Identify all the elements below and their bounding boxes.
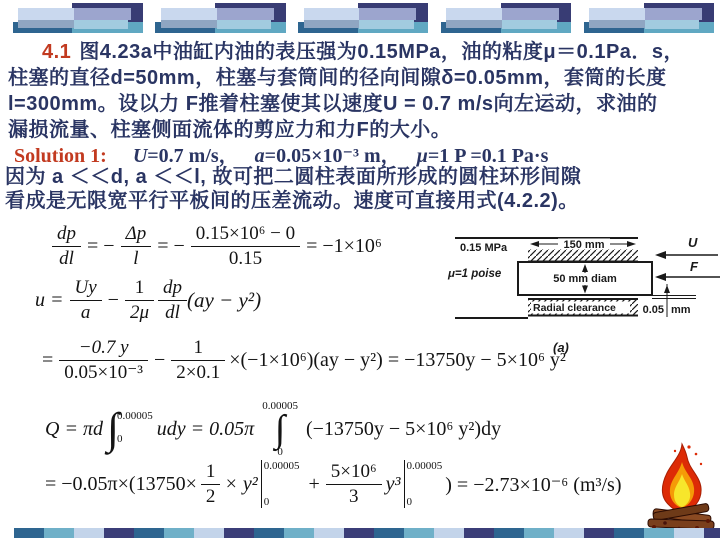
clearance-value: 0.05 bbox=[643, 304, 664, 316]
evaluation-bar: 0.000050 bbox=[404, 460, 443, 508]
math-token: dp bbox=[158, 276, 187, 301]
math-token: u = bbox=[35, 289, 64, 312]
math-token: 1 bbox=[125, 276, 154, 301]
math-token: l bbox=[121, 247, 152, 271]
clearance-label: Radial clearance bbox=[533, 302, 616, 314]
solution-value: =0.05×10⁻³ m， bbox=[265, 145, 401, 167]
fraction: dpdl bbox=[158, 276, 187, 325]
border-ornament bbox=[10, 3, 143, 33]
solution-label: Solution 1: bbox=[14, 145, 107, 167]
solution-line: Solution 1:U=0.7 m/s，a=0.05×10⁻³ m，μ=1 P… bbox=[14, 139, 548, 168]
problem-line: l=300mm。设以力 F推着柱塞使其以速度U = 0.7 m/s向左运动，求油… bbox=[8, 91, 716, 117]
math-token: 1 bbox=[171, 336, 225, 361]
solution-value: =1 P =0.1 Pa·s bbox=[428, 145, 549, 167]
limit-upper: 0.00005 bbox=[264, 460, 300, 472]
fraction: Uya bbox=[70, 276, 102, 325]
limit-lower: 0 bbox=[264, 496, 300, 508]
limit-upper: 0.00005 bbox=[407, 460, 443, 472]
bottom-border-decoration bbox=[14, 528, 720, 538]
math-token: 2×0.1 bbox=[171, 361, 225, 385]
math-token: dp bbox=[52, 222, 81, 247]
reasoning-text: 因为 a ＜＜d, a ＜＜l, 故可把二圆柱表面所形成的圆柱环形间隙 看成是无… bbox=[5, 165, 717, 213]
fraction: −0.7 y0.05×10⁻³ bbox=[59, 336, 148, 385]
diameter-label: 50 mm diam bbox=[553, 273, 617, 285]
equation-pressure-gradient: dpdl = − Δpl = − 0.15×10⁶ − 00.15 = −1×1… bbox=[52, 222, 388, 271]
limit-lower: 0 bbox=[117, 433, 153, 445]
top-border-decoration bbox=[10, 3, 714, 33]
reasoning-line: 看成是无限宽平行平板间的压差流动。速度可直接用式(4.2.2)。 bbox=[5, 189, 717, 213]
limit-lower: 0 bbox=[277, 446, 283, 458]
integral-glyph: ∫ bbox=[275, 412, 285, 446]
math-token: 2μ bbox=[125, 301, 154, 325]
math-token: = bbox=[42, 349, 53, 372]
pressure-label: 0.15 MPa bbox=[460, 242, 508, 254]
math-token: −0.7 y bbox=[59, 336, 148, 361]
arrowhead-up-icon bbox=[664, 285, 670, 293]
integral-limits: 0.000050 bbox=[117, 407, 153, 451]
fraction: Δpl bbox=[121, 222, 152, 271]
math-token: 0.15 bbox=[191, 247, 300, 271]
velocity-label: U bbox=[688, 235, 698, 250]
problem-line: 4.1图4.23a中油缸内油的表压强为0.15MPa，油的粘度μ＝0.1Pa．s… bbox=[8, 39, 716, 65]
math-token: − bbox=[108, 289, 119, 312]
math-token: + bbox=[309, 473, 320, 496]
evaluation-bar: 0.000050 bbox=[261, 460, 300, 508]
math-token: (−13750y − 5×10⁶ y²)dy bbox=[306, 418, 501, 441]
solution-variable: μ bbox=[417, 145, 428, 167]
reasoning-line: 因为 a ＜＜d, a ＜＜l, 故可把二圆柱表面所形成的圆柱环形间隙 bbox=[5, 165, 717, 189]
math-token: 1 bbox=[201, 460, 221, 485]
length-label: 150 mm bbox=[564, 239, 605, 251]
problem-line: 柱塞的直径d=50mm，柱塞与套筒间的径向间隙δ=0.05mm，套筒的长度 bbox=[8, 65, 716, 91]
math-token: Δp bbox=[121, 222, 152, 247]
border-ornament bbox=[153, 3, 286, 33]
math-token: = −0.05π×(13750× bbox=[45, 473, 197, 496]
fraction: 12μ bbox=[125, 276, 154, 325]
piston-cylinder-diagram: 150 mm 0.15 MPa μ=1 poise 50 mm diam U F… bbox=[440, 220, 720, 360]
math-token: = −1×10⁶ bbox=[306, 235, 382, 258]
integral-sign: 0.00005∫0 bbox=[262, 400, 298, 458]
math-token: dl bbox=[52, 247, 81, 271]
math-token: ) = −2.73×10⁻⁶ (m³/s) bbox=[445, 472, 621, 497]
math-token: − bbox=[154, 349, 165, 372]
math-token: y³ bbox=[386, 473, 401, 496]
fraction: 12 bbox=[201, 460, 221, 509]
math-token: Uy bbox=[70, 276, 102, 301]
limit-lower: 0 bbox=[407, 496, 443, 508]
solution-variable: U bbox=[133, 145, 147, 167]
math-token: 0.05×10⁻³ bbox=[59, 361, 148, 385]
sleeve-hatch-top bbox=[528, 250, 638, 262]
integral-sign: ∫0.000050 bbox=[107, 407, 153, 451]
math-token: udy = 0.05π bbox=[157, 418, 254, 441]
clearance-unit: mm bbox=[671, 304, 691, 316]
math-token: a bbox=[70, 301, 102, 325]
math-token: 2 bbox=[201, 485, 221, 509]
border-ornament bbox=[438, 3, 571, 33]
math-token: 3 bbox=[326, 485, 382, 509]
arrowhead-left-icon bbox=[530, 241, 539, 247]
solution-value: =0.7 m/s， bbox=[147, 145, 238, 167]
fraction: dpdl bbox=[52, 222, 81, 271]
problem-statement: 4.1图4.23a中油缸内油的表压强为0.15MPa，油的粘度μ＝0.1Pa．s… bbox=[8, 39, 716, 143]
math-token: 5×10⁶ bbox=[326, 460, 382, 485]
equation-flow-rate-result: = −0.05π×(13750× 12 × y² 0.000050 + 5×10… bbox=[45, 460, 622, 509]
arrowhead-left-icon bbox=[655, 251, 666, 259]
border-ornament bbox=[296, 3, 429, 33]
equation-velocity-profile: u = Uya − 12μ dpdl (ay − y²) bbox=[35, 276, 261, 325]
slide: 4.1图4.23a中油缸内油的表压强为0.15MPa，油的粘度μ＝0.1Pa．s… bbox=[0, 0, 720, 540]
math-token: Q = πd bbox=[45, 418, 103, 441]
equation-flow-rate-integral: Q = πd ∫0.000050 udy = 0.05π 0.00005∫0 (… bbox=[45, 400, 501, 458]
figure-caption: (a) bbox=[553, 340, 569, 355]
border-ornament bbox=[581, 3, 714, 33]
viscosity-label: μ=1 poise bbox=[447, 268, 502, 280]
problem-number: 4.1 bbox=[42, 41, 71, 63]
fraction: 5×10⁶3 bbox=[326, 460, 382, 509]
math-token: dl bbox=[158, 301, 187, 325]
math-token: × y² bbox=[224, 473, 257, 496]
limit-upper: 0.00005 bbox=[117, 410, 153, 422]
problem-text: 图4.23a中油缸内油的表压强为0.15MPa，油的粘度μ＝0.1Pa．s， bbox=[79, 41, 684, 63]
arrowhead-left-icon bbox=[655, 273, 666, 281]
solution-variable: a bbox=[255, 145, 265, 167]
math-token: 0.15×10⁶ − 0 bbox=[191, 222, 300, 247]
math-token: (ay − y²) bbox=[187, 288, 261, 313]
math-token: = − bbox=[157, 235, 185, 258]
arrowhead-right-icon bbox=[627, 241, 636, 247]
fraction: 12×0.1 bbox=[171, 336, 225, 385]
campfire-icon bbox=[645, 442, 719, 534]
fraction: 0.15×10⁶ − 00.15 bbox=[191, 222, 300, 271]
math-token: = − bbox=[87, 235, 115, 258]
force-label: F bbox=[690, 259, 699, 274]
